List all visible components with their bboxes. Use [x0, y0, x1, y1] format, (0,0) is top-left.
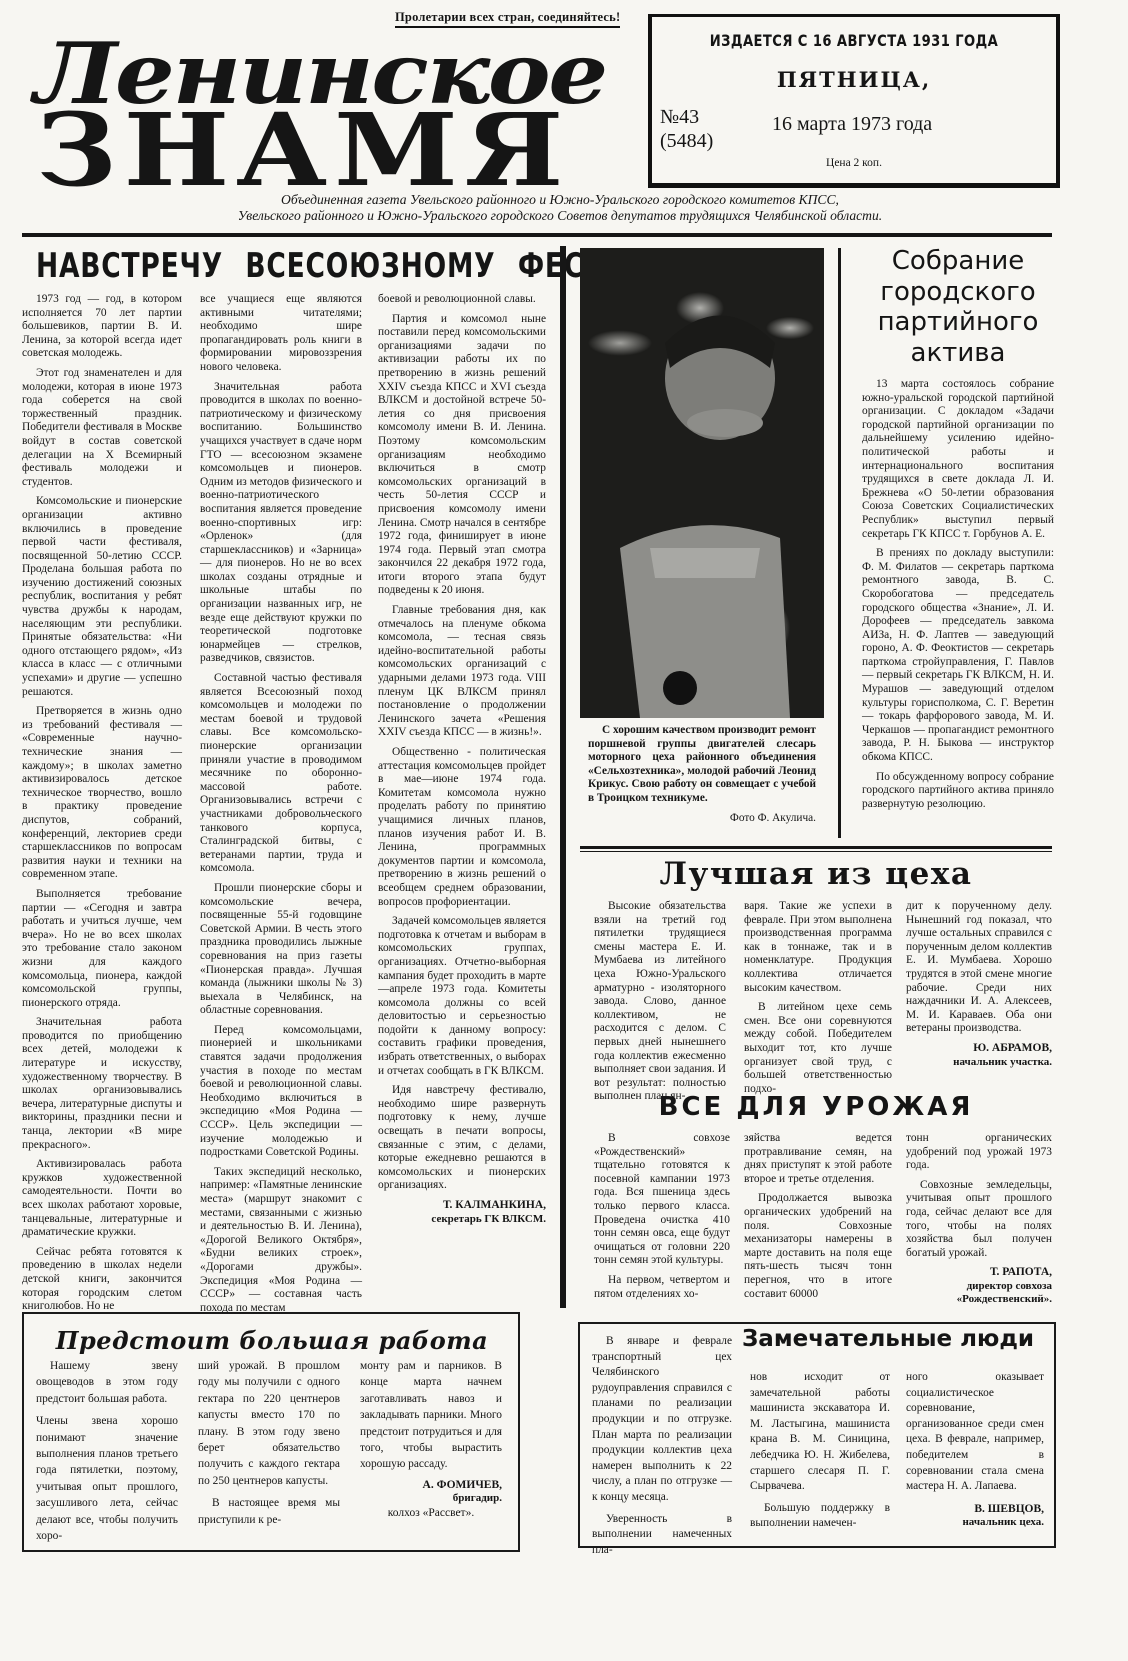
subtitle-line-2: Увельского районного и Южно-Уральского г… — [80, 208, 1040, 224]
paragraph: На первом, четвертом и пятом отделениях … — [594, 1274, 730, 1301]
paragraph: Перед комсомольцами, пионерией и школьни… — [200, 1024, 362, 1160]
harvest-headline: ВСЕ ДЛЯ УРОЖАЯ — [580, 1092, 1052, 1122]
harvest-author-title: директор совхоза «Рождественский». — [906, 1280, 1052, 1306]
section-divider — [580, 846, 1052, 849]
festival-author: Т. КАЛМАНКИНА, — [378, 1199, 546, 1213]
paragraph: В совхозе «Рождественский» тщательно гот… — [594, 1132, 730, 1268]
festival-author-title: секретарь ГК ВЛКСМ. — [378, 1213, 546, 1226]
subtitle-line-1: Объединенная газета Увельского районного… — [80, 192, 1040, 208]
paragraph: боевой и революционной славы. — [378, 293, 546, 307]
paragraph: все учащиеся еще являются активными чита… — [200, 293, 362, 375]
paragraph: Члены звена хорошо понимают значение вып… — [36, 1413, 178, 1544]
best-column-1: Высокие обязательства взяли на третий го… — [594, 900, 726, 1110]
harvest-column-2: зяйства ведется протравливание семян, на… — [744, 1132, 892, 1307]
weekday: ПЯТНИЦА, — [652, 67, 1056, 92]
paragraph: Совхозные земледельцы, учитывая опыт про… — [906, 1179, 1052, 1261]
paragraph: Активизировалась работа кружков художест… — [22, 1158, 182, 1240]
paragraph: Этот год знаменателен и для молодежи, ко… — [22, 367, 182, 489]
festival-column-2: все учащиеся еще являются активными чита… — [200, 293, 362, 1321]
paragraph: По обсужденному вопросу собрание городск… — [862, 771, 1054, 812]
paragraph: 1973 год — год, в котором исполняется 70… — [22, 293, 182, 361]
newspaper-title-line2: ЗНАМЯ — [36, 100, 570, 200]
bigwork-author-title: бригадир. — [360, 1492, 502, 1505]
harvest-author: Т. РАПОТА, — [906, 1266, 1052, 1280]
paragraph: Прошли пионерские сборы и комсомольские … — [200, 882, 362, 1018]
festival-column-1: 1973 год — год, в котором исполняется 70… — [22, 293, 182, 1320]
paragraph: Идя навстречу фестивалю, необходимо шире… — [378, 1084, 546, 1193]
paragraph: варя. Такие же успехи в феврале. При это… — [744, 900, 892, 995]
paragraph: Составной частью фестиваля является Всес… — [200, 672, 362, 876]
paragraph: Таких экспедиций несколько, например: «П… — [200, 1166, 362, 1316]
paragraph: Нашему звену овощеводов в этом году пред… — [36, 1358, 178, 1407]
paragraph: Претворяется в жизнь одно из требований … — [22, 705, 182, 882]
paragraph: В литейном цехе семь смен. Все они сорев… — [744, 1001, 892, 1096]
paragraph: Уверенность в выполнении намеченных пла- — [592, 1512, 732, 1559]
paragraph: нов исходит от замечательной работы маши… — [750, 1370, 890, 1495]
bigwork-author: А. ФОМИЧЕВ, — [360, 1479, 502, 1493]
paragraph: Общественно - политическая аттестация ко… — [378, 746, 546, 909]
issue-number-total: (5484) — [660, 129, 713, 153]
bigwork-author-org: колхоз «Рассвет». — [360, 1505, 502, 1521]
festival-column-3: боевой и революционной славы. Партия и к… — [378, 293, 546, 1226]
people-column-2: нов исходит от замечательной работы маши… — [750, 1370, 890, 1538]
paragraph: Продолжается вывозка органических удобре… — [744, 1192, 892, 1301]
paragraph: Комсомольские и пионерские организации а… — [22, 495, 182, 699]
paragraph: Выполняется требование партии — «Сегодня… — [22, 888, 182, 1010]
people-author: В. ШЕВЦОВ, — [906, 1503, 1044, 1517]
best-author-title: начальник участка. — [906, 1056, 1052, 1069]
photo-credit: Фото Ф. Акулича. — [588, 812, 816, 824]
assembly-body: 13 марта состоялось собрание южно-уральс… — [862, 378, 1054, 817]
paragraph: Главные требования дня, как отмечалось н… — [378, 604, 546, 740]
paragraph: Задачей комсомольцев является подготовка… — [378, 915, 546, 1078]
column-divider — [838, 248, 841, 838]
assembly-headline: Собрание городского партийного актива — [860, 246, 1056, 368]
people-column-3: ного оказывает социалистическое соревнов… — [906, 1370, 1044, 1529]
paragraph: Значительная работа проводится в школах … — [200, 381, 362, 666]
column-divider — [560, 246, 566, 1308]
bigwork-headline: Предстоит большая работа — [22, 1326, 522, 1355]
harvest-column-3: тонн органических удобрений под урожай 1… — [906, 1132, 1052, 1306]
issue-date: 16 марта 1973 года — [772, 113, 932, 136]
paragraph: ного оказывает социалистическое соревнов… — [906, 1370, 1044, 1495]
paragraph: дит к порученному делу. Нынешний год пок… — [906, 900, 1052, 1036]
paragraph: Значительная работа проводится по приобщ… — [22, 1016, 182, 1152]
issue-number-current: №43 — [660, 105, 713, 129]
paragraph: В прениях по докладу выступили: Ф. М. Фи… — [862, 547, 1054, 765]
people-column-1: В январе и феврале транспортный цех Челя… — [592, 1334, 732, 1564]
masthead-subtitle: Объединенная газета Увельского районного… — [80, 192, 1040, 224]
paragraph: В январе и феврале транспортный цех Челя… — [592, 1334, 732, 1506]
paragraph: Партия и комсомол ныне поставили перед к… — [378, 313, 546, 598]
bigwork-column-2: ший урожай. В прошлом году мы получили с… — [198, 1358, 340, 1534]
issue-price: Цена 2 коп. — [652, 157, 1056, 169]
festival-headline: НАВСТРЕЧУ ВСЕСОЮЗНОМУ ФЕСТИВАЛЮ — [36, 246, 442, 286]
paragraph: монту рам и парников. В конце марта начн… — [360, 1358, 502, 1473]
paragraph: Сейчас ребята готовятся к проведению в ш… — [22, 1246, 182, 1314]
photo-worker-icon — [580, 248, 824, 718]
published-since: ИЗДАЕТСЯ С 16 АВГУСТА 1931 ГОДА — [688, 31, 1019, 50]
issue-number: №43 (5484) — [660, 105, 713, 153]
paragraph: В настоящее время мы приступили к ре- — [198, 1495, 340, 1528]
bigwork-column-3: монту рам и парников. В конце марта начн… — [360, 1358, 502, 1522]
section-divider — [580, 851, 1052, 852]
paragraph: зяйства ведется протравливание семян, на… — [744, 1132, 892, 1186]
paragraph: 13 марта состоялось собрание южно-уральс… — [862, 378, 1054, 541]
best-column-3: дит к порученному делу. Нынешний год пок… — [906, 900, 1052, 1069]
people-author-title: начальник цеха. — [906, 1516, 1044, 1529]
paragraph: тонн органических удобрений под урожай 1… — [906, 1132, 1052, 1173]
paragraph: Большую поддержку в выполнении намечен- — [750, 1501, 890, 1532]
masthead-divider — [22, 233, 1052, 237]
issue-info-box: ИЗДАЕТСЯ С 16 АВГУСТА 1931 ГОДА ПЯТНИЦА,… — [648, 14, 1060, 188]
best-author: Ю. АБРАМОВ, — [906, 1042, 1052, 1056]
harvest-column-1: В совхозе «Рождественский» тщательно гот… — [594, 1132, 730, 1307]
photo-caption: С хорошим качеством производит ремонт по… — [588, 724, 816, 806]
paragraph: ший урожай. В прошлом году мы получили с… — [198, 1358, 340, 1489]
paragraph: Высокие обязательства взяли на третий го… — [594, 900, 726, 1104]
best-column-2: варя. Такие же успехи в феврале. При это… — [744, 900, 892, 1102]
people-headline: Замечательные люди — [728, 1326, 1048, 1352]
best-headline: Лучшая из цеха — [580, 856, 1052, 892]
photo-halftone-icon — [580, 248, 824, 718]
bigwork-column-1: Нашему звену овощеводов в этом году пред… — [36, 1358, 178, 1550]
